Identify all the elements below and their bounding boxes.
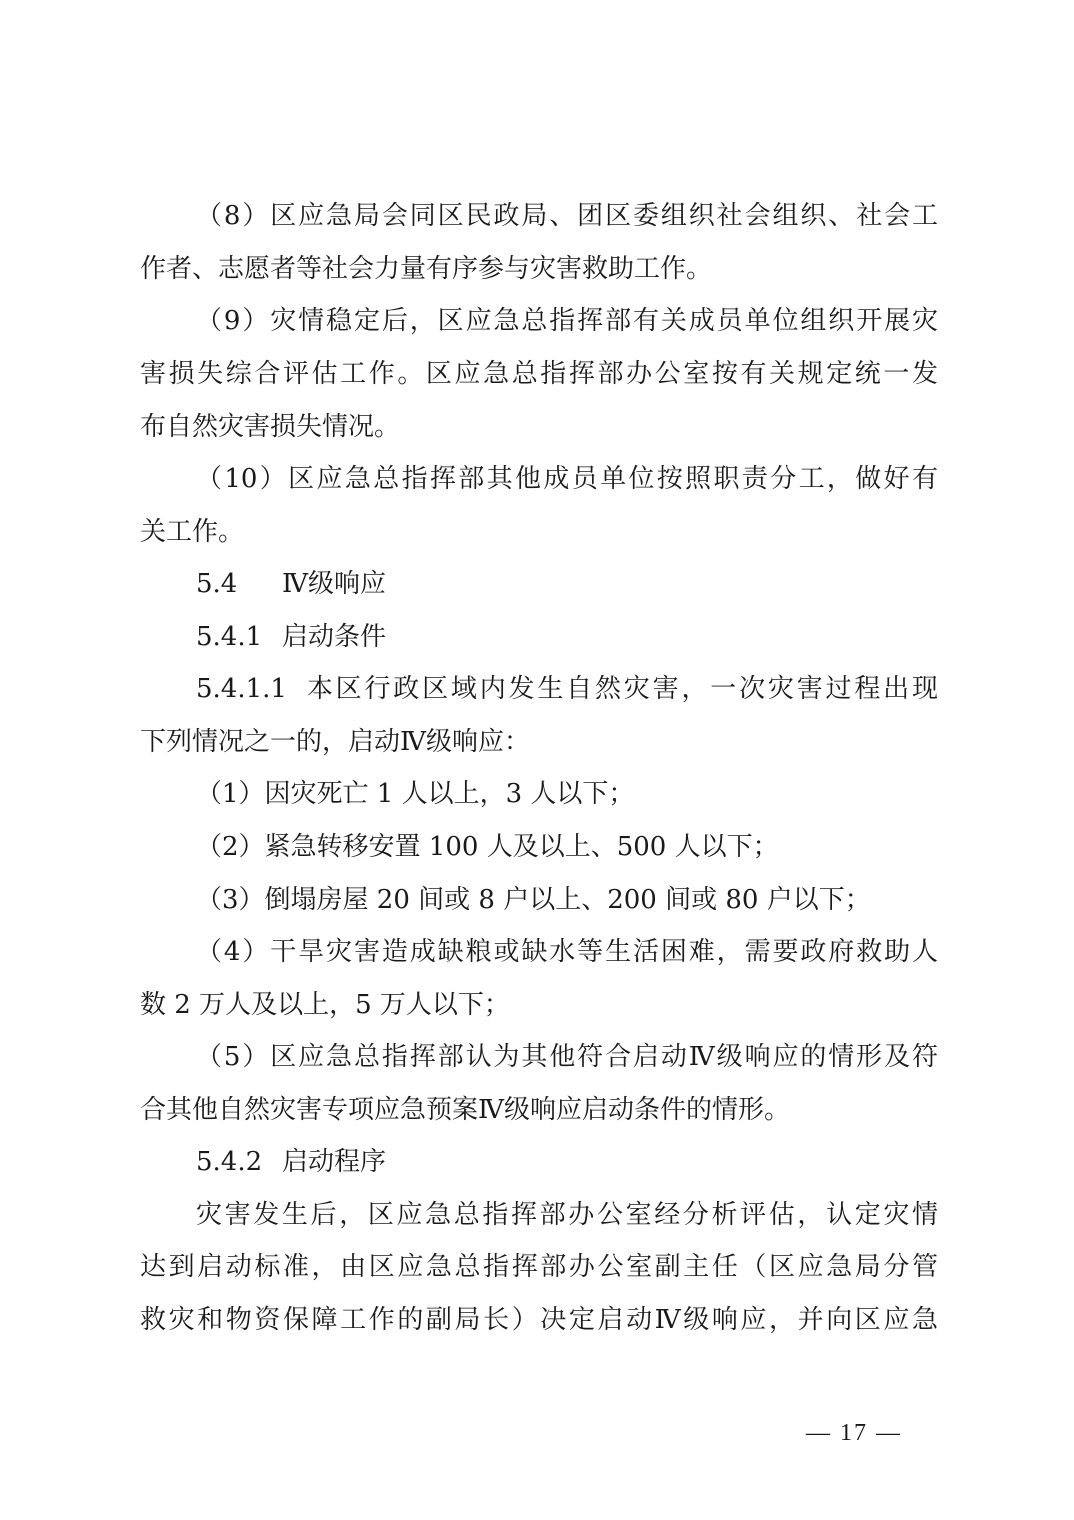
clause-text: 本区行政区域内发生自然灾害，一次灾害过程出现 (304, 674, 938, 704)
paragraph-10-line-2: 关工作。 (140, 515, 938, 549)
paragraph-9-line-1: （9）灾情稳定后，区应急总指挥部有关成员单位组织开展灾 (196, 304, 938, 338)
section-number: 5.4 (196, 567, 282, 601)
section-heading-5-4: 5.4Ⅳ级响应 (196, 567, 938, 601)
paragraph-9-line-3: 布自然灾害损失情况。 (140, 410, 938, 444)
condition-1: （1）因灾死亡 1 人以上，3 人以下； (196, 777, 938, 811)
section-heading-5-4-2: 5.4.2启动程序 (196, 1145, 938, 1179)
section-heading-5-4-1: 5.4.1启动条件 (196, 620, 938, 654)
condition-4-line-2: 数 2 万人及以上，5 万人以下； (140, 988, 938, 1022)
section-number: 5.4.1 (196, 620, 282, 654)
page-number: — 17 — (806, 1420, 902, 1447)
procedure-line-3: 救灾和物资保障工作的副局长）决定启动Ⅳ级响应，并向区应急 (140, 1303, 938, 1337)
paragraph-8-line-1: （8）区应急局会同区民政局、团区委组织社会组织、社会工 (196, 199, 938, 233)
section-number: 5.4.2 (196, 1145, 282, 1179)
document-page: （8）区应急局会同区民政局、团区委组织社会组织、社会工 作者、志愿者等社会力量有… (0, 0, 1074, 1520)
procedure-line-2: 达到启动标准，由区应急总指挥部办公室副主任（区应急局分管 (140, 1250, 938, 1284)
condition-4-line-1: （4）干旱灾害造成缺粮或缺水等生活困难，需要政府救助人 (196, 935, 938, 969)
procedure-line-1: 灾害发生后，区应急总指挥部办公室经分析评估，认定灾情 (196, 1198, 938, 1232)
section-title: Ⅳ级响应 (282, 569, 386, 599)
condition-5-line-1: （5）区应急总指挥部认为其他符合启动Ⅳ级响应的情形及符 (196, 1040, 938, 1074)
condition-5-line-2: 合其他自然灾害专项应急预案Ⅳ级响应启动条件的情形。 (140, 1093, 938, 1127)
paragraph-10-line-1: （10）区应急总指挥部其他成员单位按照职责分工，做好有 (196, 462, 938, 496)
paragraph-9-line-2: 害损失综合评估工作。区应急总指挥部办公室按有关规定统一发 (140, 357, 938, 391)
condition-2: （2）紧急转移安置 100 人及以上、500 人以下； (196, 830, 938, 864)
paragraph-8-line-2: 作者、志愿者等社会力量有序参与灾害救助工作。 (140, 252, 938, 286)
clause-5-4-1-1-line-1: 5.4.1.1本区行政区域内发生自然灾害，一次灾害过程出现 (196, 672, 938, 706)
clause-number: 5.4.1.1 (196, 672, 304, 706)
section-title: 启动程序 (282, 1147, 386, 1177)
section-title: 启动条件 (282, 622, 386, 652)
condition-3: （3）倒塌房屋 20 间或 8 户以上、200 间或 80 户以下； (196, 883, 938, 917)
clause-5-4-1-1-line-2: 下列情况之一的，启动Ⅳ级响应： (140, 725, 938, 759)
